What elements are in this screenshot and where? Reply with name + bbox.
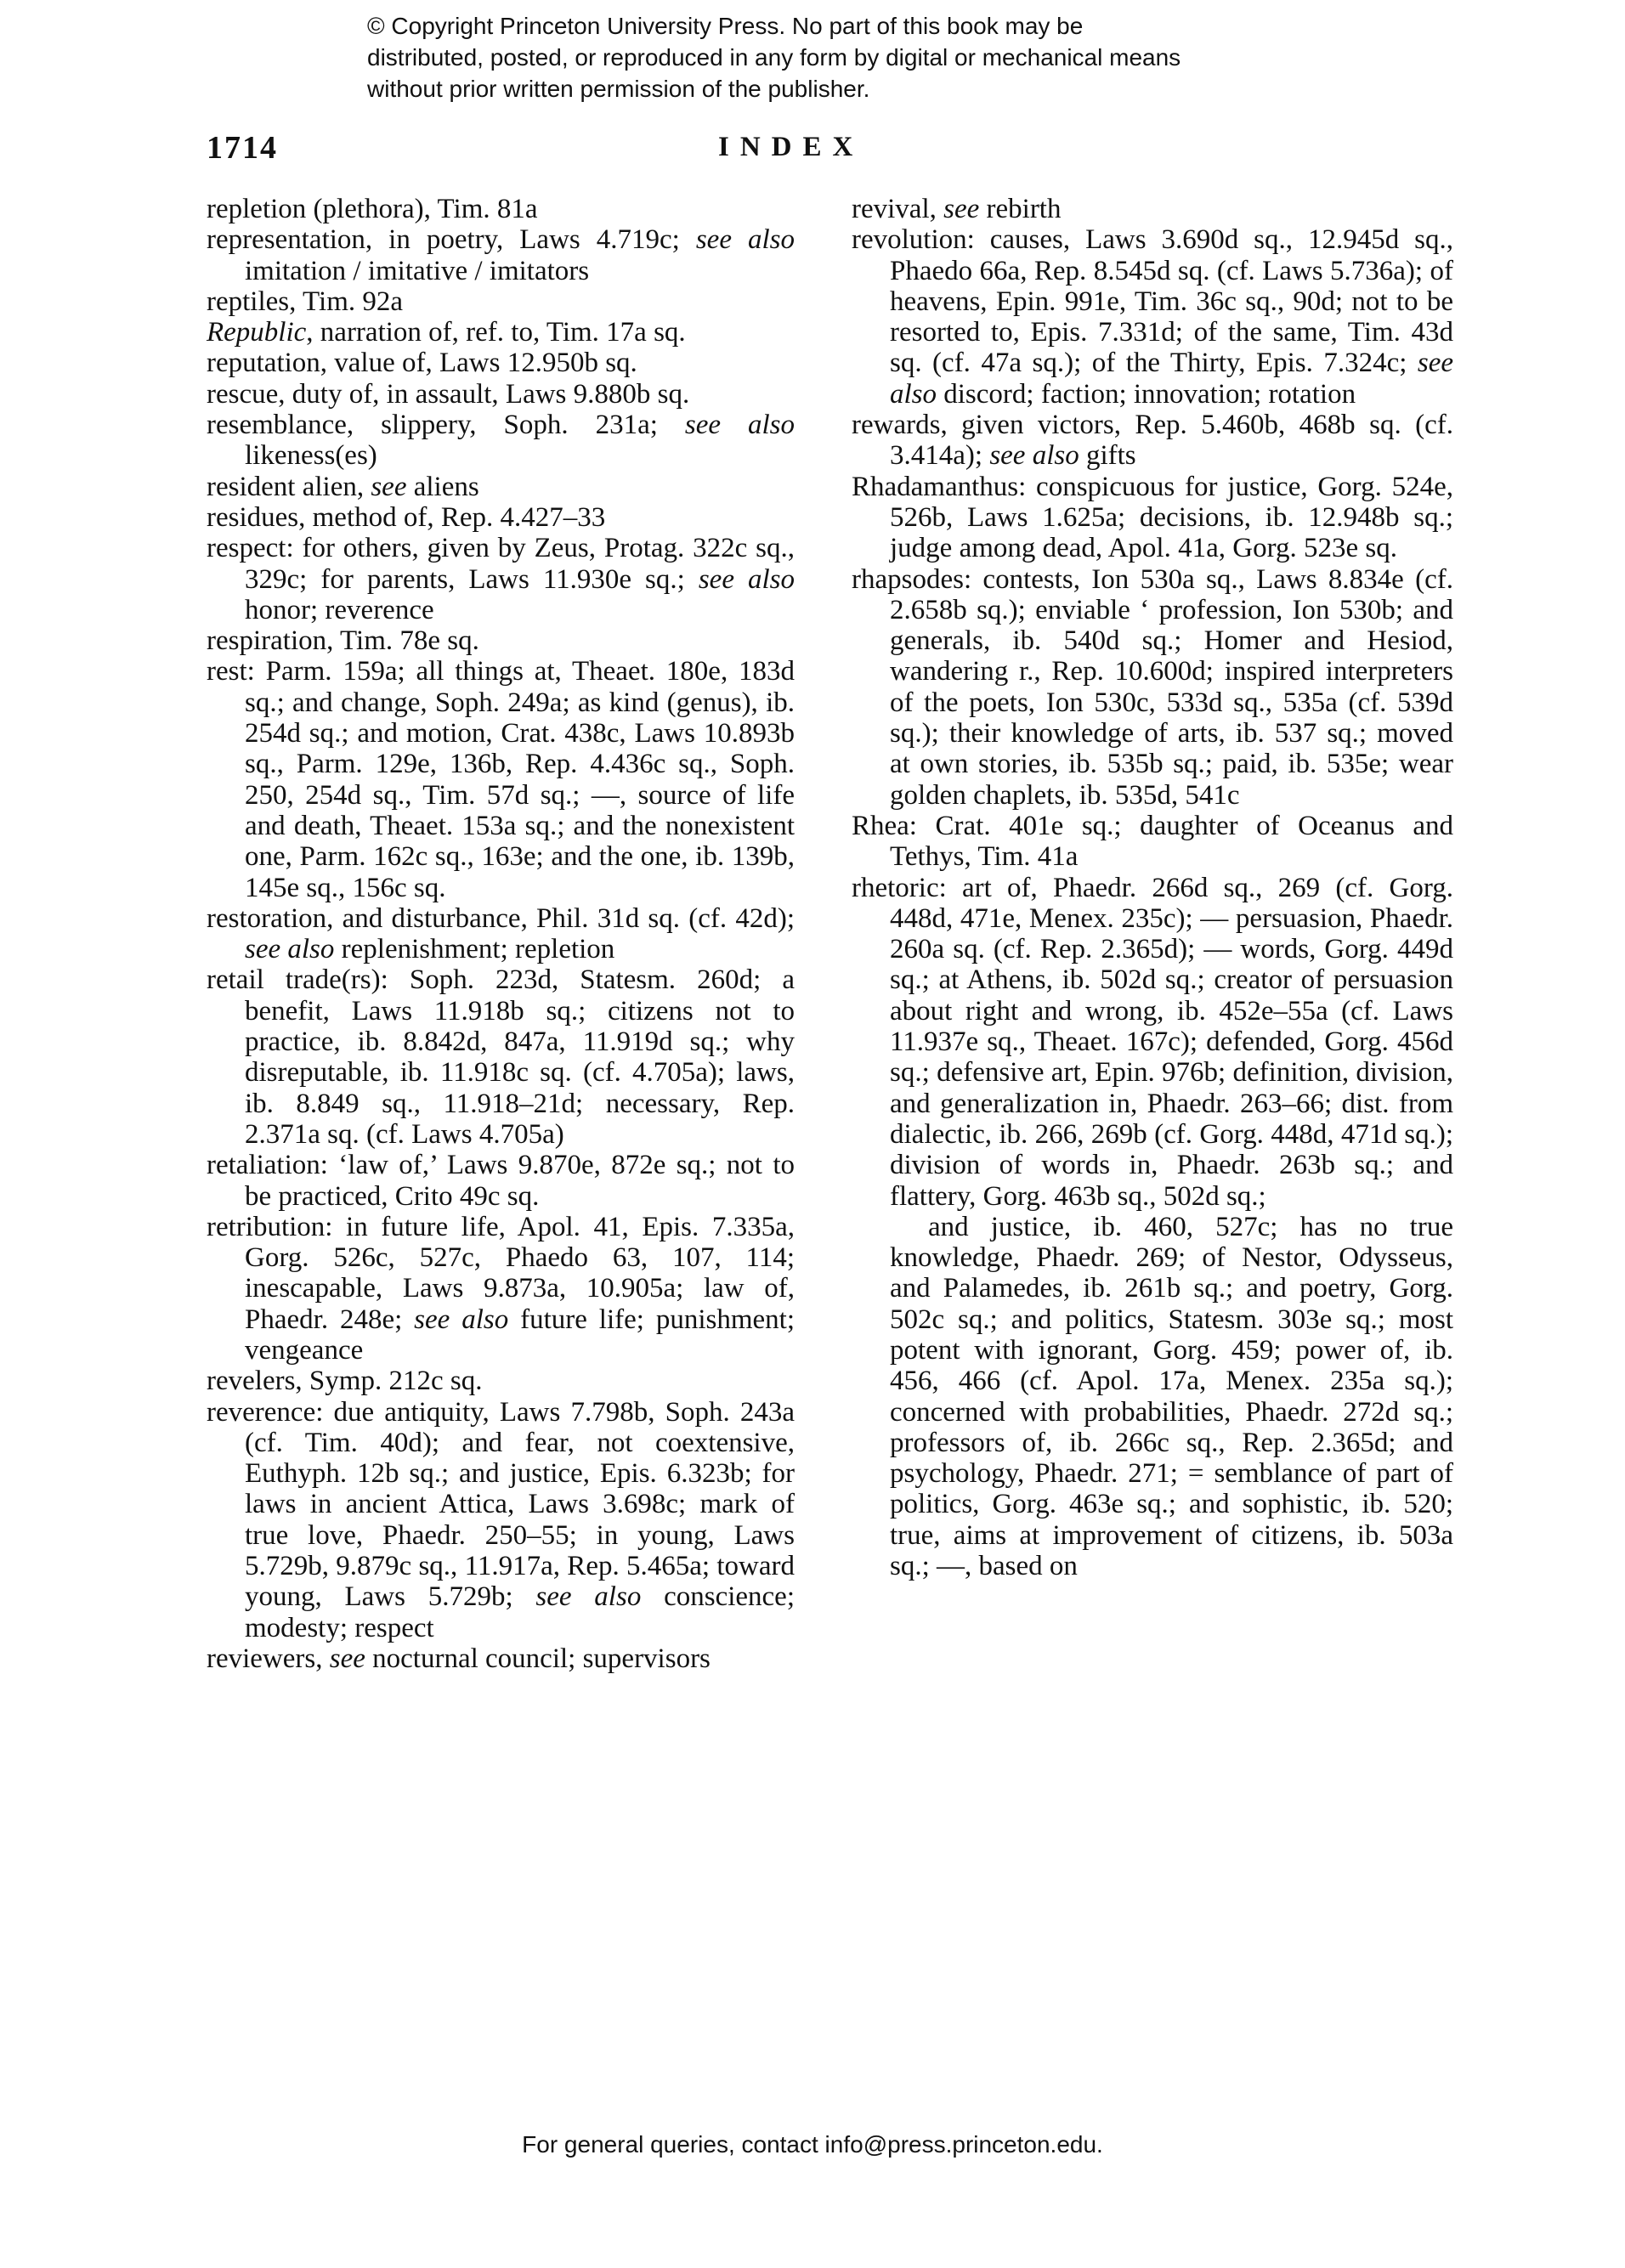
index-entry: reptiles, Tim. 92a <box>207 286 795 317</box>
index-entry: rhetoric: art of, Phaedr. 266d sq., 269 … <box>852 873 1453 1212</box>
index-column-left: repletion (plethora), Tim. 81arepresenta… <box>207 194 795 1674</box>
cross-reference-label: see also <box>696 224 795 255</box>
index-entry-text: respiration, Tim. 78e sq. <box>207 625 479 656</box>
index-entry-text: nocturnal council; supervisors <box>365 1643 711 1674</box>
index-entry: reviewers, see nocturnal council; superv… <box>207 1643 795 1674</box>
index-entry: restoration, and disturbance, Phil. 31d … <box>207 903 795 965</box>
index-entry-text: rescue, duty of, in assault, Laws 9.880b… <box>207 379 689 410</box>
index-entry-text: gifts <box>1079 440 1136 471</box>
index-entry: resemblance, slippery, Soph. 231a; see a… <box>207 410 795 472</box>
index-entry-text: rest: Parm. 159a; all things at, Theaet.… <box>207 656 795 902</box>
index-entry: revolution: causes, Laws 3.690d sq., 12.… <box>852 224 1453 410</box>
cross-reference-label: see also <box>685 410 795 440</box>
copyright-notice: © Copyright Princeton University Press. … <box>367 10 1183 105</box>
cross-reference-label: Republic <box>207 317 306 348</box>
index-entry-text: representation, in poetry, Laws 4.719c; <box>207 224 696 255</box>
index-entry-text: imitation / imitative / imitators <box>245 256 589 286</box>
index-entry: repletion (plethora), Tim. 81a <box>207 194 795 224</box>
index-entry-text: rhapsodes: contests, Ion 530a sq., Laws … <box>852 564 1453 811</box>
index-entry: Rhadamanthus: conspicuous for justice, G… <box>852 472 1453 564</box>
index-entry-text: Rhadamanthus: conspicuous for justice, G… <box>852 472 1453 564</box>
index-entry: rewards, given victors, Rep. 5.460b, 468… <box>852 410 1453 472</box>
index-entry-text: rebirth <box>979 194 1061 224</box>
index-entry-text: residues, method of, Rep. 4.427–33 <box>207 502 605 533</box>
index-entry: rest: Parm. 159a; all things at, Theaet.… <box>207 656 795 902</box>
cross-reference-label: see also <box>535 1581 641 1612</box>
index-entry: respiration, Tim. 78e sq. <box>207 625 795 656</box>
cross-reference-label: see <box>371 472 406 502</box>
index-entry-text: reviewers, <box>207 1643 330 1674</box>
cross-reference-label: see also <box>245 934 334 964</box>
index-entry-text: likeness(es) <box>245 440 377 471</box>
index-entry-text: resemblance, slippery, Soph. 231a; <box>207 410 685 440</box>
index-entry: representation, in poetry, Laws 4.719c; … <box>207 224 795 286</box>
index-entry: revival, see rebirth <box>852 194 1453 224</box>
index-entry-text: reptiles, Tim. 92a <box>207 286 403 317</box>
index-entry-text: rewards, given victors, Rep. 5.460b, 468… <box>852 410 1453 471</box>
index-entry-text: Rhea: Crat. 401e sq.; daughter of Oceanu… <box>852 811 1453 872</box>
index-column-right: revival, see rebirthrevolution: causes, … <box>852 194 1453 1581</box>
index-entry-text: repletion (plethora), Tim. 81a <box>207 194 538 224</box>
index-entry-text: honor; reverence <box>245 595 434 625</box>
cross-reference-label: see also <box>699 564 795 595</box>
index-entry: rhapsodes: contests, Ion 530a sq., Laws … <box>852 564 1453 811</box>
cross-reference-label: see also <box>989 440 1079 471</box>
index-entry-text: resident alien, <box>207 472 371 502</box>
cross-reference-label: see also <box>414 1304 508 1335</box>
index-entry-text: revolution: causes, Laws 3.690d sq., 12.… <box>852 224 1453 378</box>
index-entry-text: retail trade(rs): Soph. 223d, Statesm. 2… <box>207 964 795 1149</box>
index-entry-continuation: and justice, ib. 460, 527c; has no true … <box>852 1212 1453 1582</box>
index-entry-text: restoration, and disturbance, Phil. 31d … <box>207 903 795 934</box>
index-entry: Rhea: Crat. 401e sq.; daughter of Oceanu… <box>852 811 1453 873</box>
index-entry-text: revelers, Symp. 212c sq. <box>207 1366 482 1396</box>
index-entry: resident alien, see aliens <box>207 472 795 502</box>
index-entry-text: rhetoric: art of, Phaedr. 266d sq., 269 … <box>852 873 1453 1212</box>
cross-reference-label: see <box>943 194 979 224</box>
index-entry-text: aliens <box>406 472 478 502</box>
index-entry: retail trade(rs): Soph. 223d, Statesm. 2… <box>207 964 795 1150</box>
index-entry: reputation, value of, Laws 12.950b sq. <box>207 348 795 378</box>
page-number: 1714 <box>207 129 278 167</box>
index-entry-text: revival, <box>852 194 943 224</box>
index-entry: respect: for others, given by Zeus, Prot… <box>207 533 795 625</box>
index-entry-text: , narration of, ref. to, Tim. 17a sq. <box>306 317 685 348</box>
index-entry-text: retaliation: ‘law of,’ Laws 9.870e, 872e… <box>207 1150 795 1211</box>
running-head: INDEX <box>718 132 863 163</box>
index-entry-text: reverence: due antiquity, Laws 7.798b, S… <box>207 1397 795 1613</box>
index-entry-text: reputation, value of, Laws 12.950b sq. <box>207 348 637 378</box>
index-entry: residues, method of, Rep. 4.427–33 <box>207 502 795 533</box>
index-entry-text: discord; faction; innovation; rotation <box>937 379 1356 410</box>
index-entry: revelers, Symp. 212c sq. <box>207 1366 795 1396</box>
contact-footer: For general queries, contact info@press.… <box>0 2129 1625 2160</box>
index-entry: reverence: due antiquity, Laws 7.798b, S… <box>207 1397 795 1643</box>
index-entry-text: replenishment; repletion <box>334 934 614 964</box>
index-entry: retaliation: ‘law of,’ Laws 9.870e, 872e… <box>207 1150 795 1212</box>
index-entry: rescue, duty of, in assault, Laws 9.880b… <box>207 379 795 410</box>
index-entry: Republic, narration of, ref. to, Tim. 17… <box>207 317 795 348</box>
index-entry: retribution: in future life, Apol. 41, E… <box>207 1212 795 1366</box>
cross-reference-label: see <box>330 1643 365 1674</box>
